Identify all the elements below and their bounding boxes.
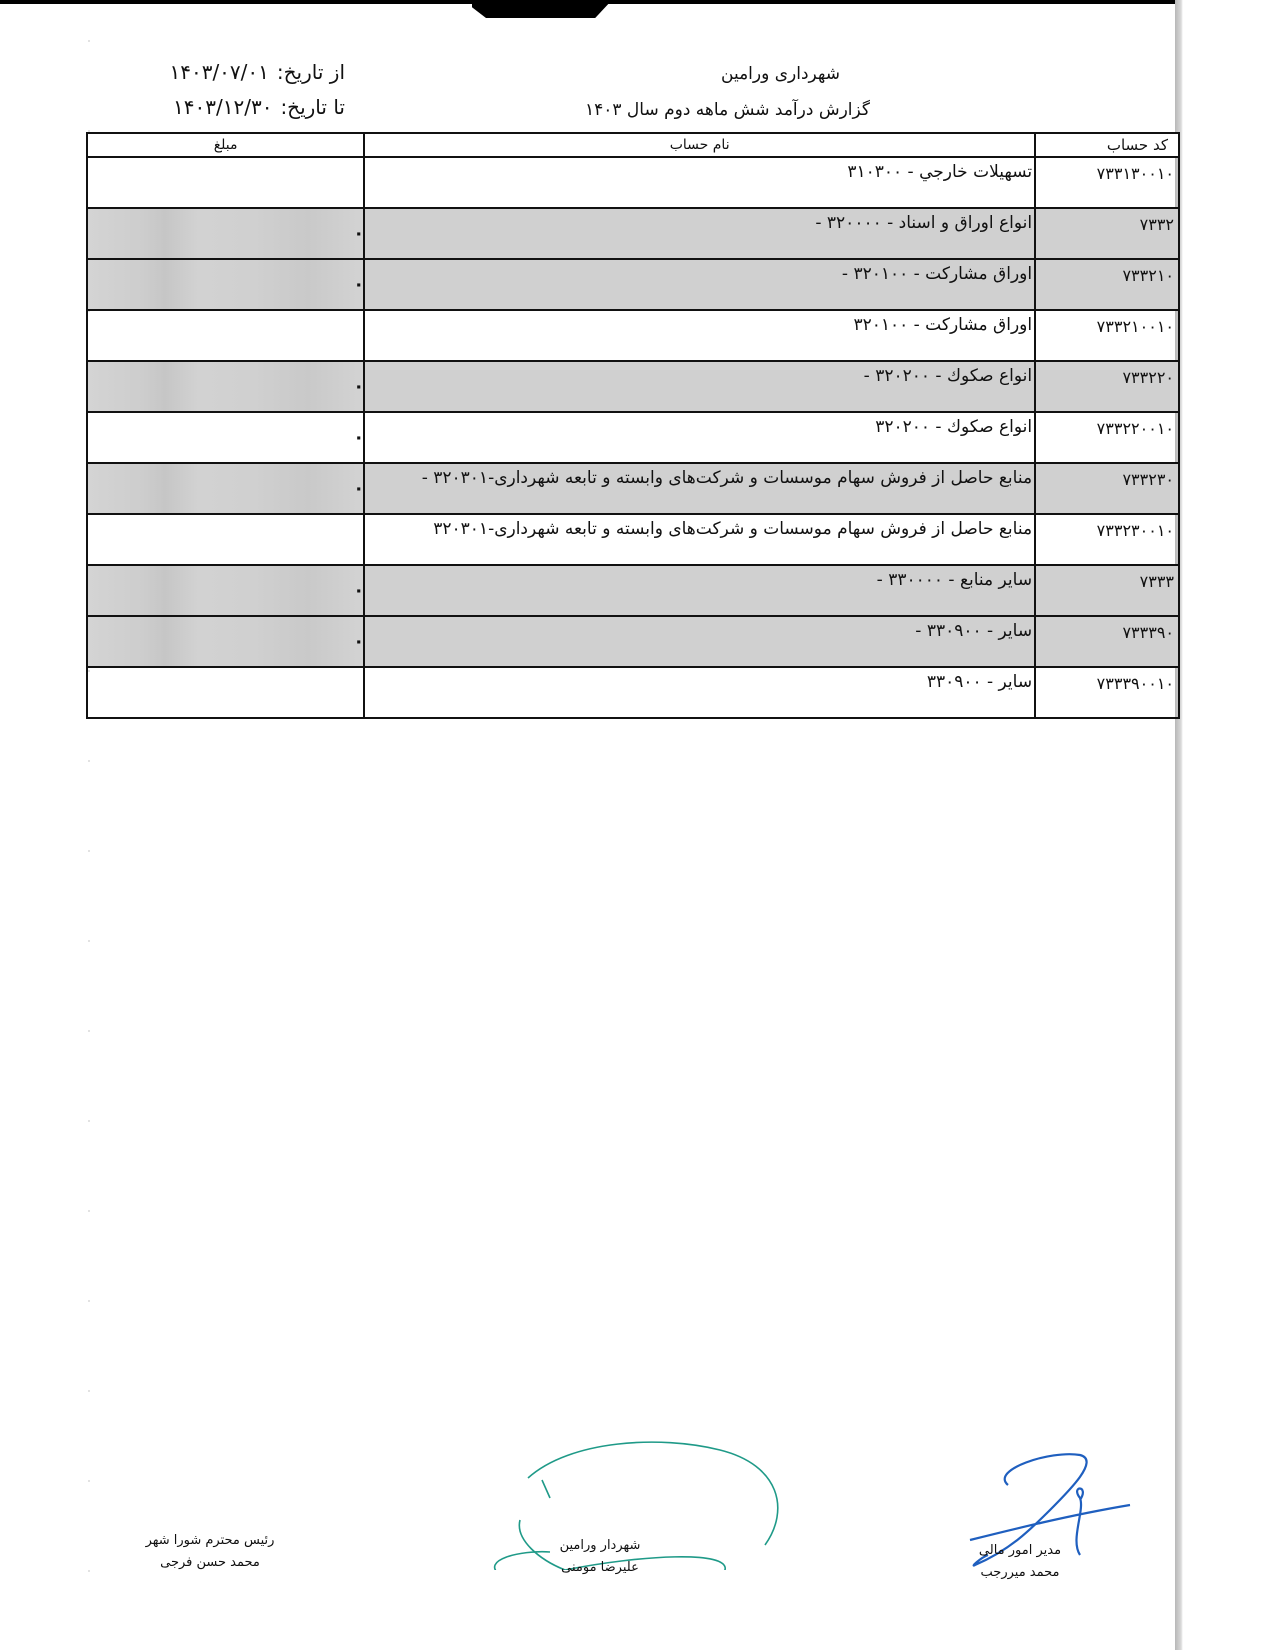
finance-manager-name: محمد ميررجب (940, 1562, 1100, 1584)
council-head-title: رئيس محترم شورا شهر (130, 1530, 290, 1552)
amount-cell: ۰ (87, 361, 364, 412)
finance-manager-title: مدير امور مالی (940, 1540, 1100, 1562)
account-code-cell-text: ۷۳۳۲ (1140, 215, 1174, 234)
report-title: گزارش درآمد شش ماهه دوم سال ۱۴۰۳ (585, 100, 870, 120)
account-code-cell: ۷۳۳۲۳۰۰۱۰ (1035, 514, 1179, 565)
amount-cell: ۰ (87, 463, 364, 514)
account-name-cell-text: منابع حاصل از فروش سهام موسسات و شرکت‌ها… (433, 519, 1032, 539)
amount-cell-text: ۰ (356, 580, 364, 601)
column-header-account-code: کد حساب (1035, 133, 1179, 157)
account-code-cell-text: ۷۳۳۳۹۰۰۱۰ (1097, 674, 1174, 693)
amount-cell-text: ۰ (356, 223, 364, 244)
signature-block-mayor: شهردار ورامين عليرضا مومنی (520, 1535, 680, 1579)
account-code-cell: ۷۳۳۳ (1035, 565, 1179, 616)
account-name-cell-text: تسهیلات خارجي - ۳۱۰۳۰۰ (847, 162, 1032, 182)
amount-cell-text: ۰ (356, 376, 364, 397)
amount-cell: ۰ (87, 616, 364, 667)
account-name-cell: انواع صكوك - ۳۲۰۲۰۰ (364, 412, 1035, 463)
account-code-cell: ۷۳۳۳۹۰ (1035, 616, 1179, 667)
from-date-value: ۱۴۰۳/۰۷/۰۱ (169, 60, 268, 84)
organization-title: شهرداری ورامین (721, 64, 840, 84)
to-date-label: تا تاریخ: (280, 95, 345, 119)
account-code-cell: ۷۳۳۲۳۰ (1035, 463, 1179, 514)
signature-block-council: رئيس محترم شورا شهر محمد حسن فرجی (130, 1530, 290, 1574)
account-name-cell: تسهیلات خارجي - ۳۱۰۳۰۰ (364, 157, 1035, 208)
signature-block-finance: مدير امور مالی محمد ميررجب (940, 1540, 1100, 1584)
mayor-name: عليرضا مومنی (520, 1557, 680, 1579)
account-code-cell-text: ۷۳۳۲۲۰ (1122, 368, 1174, 387)
account-code-cell-text: ۷۳۳۲۲۰۰۱۰ (1097, 419, 1174, 438)
amount-cell (87, 157, 364, 208)
table-row: ۷۳۳۲۱۰۰۱۰اوراق مشارکت - ۳۲۰۱۰۰ (87, 310, 1179, 361)
account-name-cell-text: اوراق مشارکت - ۳۲۰۱۰۰ (853, 315, 1032, 335)
account-code-cell: ۷۳۳۲۱۰۰۱۰ (1035, 310, 1179, 361)
amount-cell-text: ۰ (356, 478, 364, 499)
account-name-cell-text: منابع حاصل از فروش سهام موسسات و شرکت‌ها… (422, 468, 1032, 488)
account-name-cell: انواع صكوك - ۳۲۰۲۰۰ - (364, 361, 1035, 412)
account-code-cell-text: ۷۳۳۱۳۰۰۱۰ (1097, 164, 1174, 183)
from-date-label: از تاریخ: (277, 60, 345, 84)
table-row: ۷۳۳۳۹۰۰۱۰ساير - ۳۳۰۹۰۰ (87, 667, 1179, 718)
column-header-account-name: نام حساب (364, 133, 1035, 157)
table-row: ۷۳۳۲۲۰انواع صكوك - ۳۲۰۲۰۰ -۰ (87, 361, 1179, 412)
amount-cell-text: ۰ (356, 631, 364, 652)
amount-cell: ۰ (87, 565, 364, 616)
account-name-cell-text: انواع صكوك - ۳۲۰۲۰۰ - (864, 366, 1032, 386)
table-row: ۷۳۳۳ساير منابع - ۳۳۰۰۰۰ -۰ (87, 565, 1179, 616)
amount-cell (87, 310, 364, 361)
account-code-cell-text: ۷۳۳۲۳۰ (1122, 470, 1174, 489)
table-row: ۷۳۳۲۳۰منابع حاصل از فروش سهام موسسات و ش… (87, 463, 1179, 514)
account-name-cell: اوراق مشارکت - ۳۲۰۱۰۰ (364, 310, 1035, 361)
amount-cell (87, 667, 364, 718)
account-name-cell: منابع حاصل از فروش سهام موسسات و شرکت‌ها… (364, 463, 1035, 514)
table-row: ۷۳۳۲۱۰اوراق مشارکت - ۳۲۰۱۰۰ -۰ (87, 259, 1179, 310)
amount-cell (87, 514, 364, 565)
scan-artifact-blob (472, 0, 612, 18)
account-code-cell: ۷۳۳۳۹۰۰۱۰ (1035, 667, 1179, 718)
mayor-title: شهردار ورامين (520, 1535, 680, 1557)
account-code-cell-text: ۷۳۳۲۱۰ (1122, 266, 1174, 285)
account-code-cell: ۷۳۳۱۳۰۰۱۰ (1035, 157, 1179, 208)
revenue-table: کد حساب نام حساب مبلغ ۷۳۳۱۳۰۰۱۰تسهیلات خ… (86, 132, 1180, 719)
table-row: ۷۳۳۲انواع اوراق و اسناد - ۳۲۰۰۰۰ -۰ (87, 208, 1179, 259)
account-name-cell: منابع حاصل از فروش سهام موسسات و شرکت‌ها… (364, 514, 1035, 565)
account-code-cell: ۷۳۳۲ (1035, 208, 1179, 259)
table-header-row: کد حساب نام حساب مبلغ (87, 133, 1179, 157)
table-row: ۷۳۳۲۲۰۰۱۰انواع صكوك - ۳۲۰۲۰۰۰ (87, 412, 1179, 463)
account-code-cell-text: ۷۳۳۲۳۰۰۱۰ (1097, 521, 1174, 540)
account-name-cell: ساير منابع - ۳۳۰۰۰۰ - (364, 565, 1035, 616)
amount-cell: ۰ (87, 208, 364, 259)
from-date: از تاریخ:۱۴۰۳/۰۷/۰۱ (169, 60, 345, 84)
account-name-cell-text: انواع صكوك - ۳۲۰۲۰۰ (875, 417, 1032, 437)
account-name-cell: اوراق مشارکت - ۳۲۰۱۰۰ - (364, 259, 1035, 310)
amount-cell: ۰ (87, 412, 364, 463)
to-date-value: ۱۴۰۳/۱۲/۳۰ (173, 95, 272, 119)
account-code-cell: ۷۳۳۲۲۰ (1035, 361, 1179, 412)
account-name-cell-text: انواع اوراق و اسناد - ۳۲۰۰۰۰ - (815, 213, 1032, 233)
account-code-cell-text: ۷۳۳۳ (1140, 572, 1174, 591)
account-name-cell: ساير - ۳۳۰۹۰۰ - (364, 616, 1035, 667)
page-edge (1175, 0, 1275, 1650)
amount-cell: ۰ (87, 259, 364, 310)
to-date: تا تاریخ:۱۴۰۳/۱۲/۳۰ (173, 95, 345, 119)
amount-cell-text: ۰ (356, 427, 364, 448)
table-row: ۷۳۳۱۳۰۰۱۰تسهیلات خارجي - ۳۱۰۳۰۰ (87, 157, 1179, 208)
council-head-name: محمد حسن فرجی (130, 1552, 290, 1574)
column-header-amount: مبلغ (87, 133, 364, 157)
amount-cell-text: ۰ (356, 274, 364, 295)
account-code-cell: ۷۳۳۲۲۰۰۱۰ (1035, 412, 1179, 463)
account-name-cell: ساير - ۳۳۰۹۰۰ (364, 667, 1035, 718)
table-row: ۷۳۳۲۳۰۰۱۰منابع حاصل از فروش سهام موسسات … (87, 514, 1179, 565)
account-name-cell-text: ساير منابع - ۳۳۰۰۰۰ - (877, 570, 1032, 590)
table-row: ۷۳۳۳۹۰ساير - ۳۳۰۹۰۰ -۰ (87, 616, 1179, 667)
account-name-cell-text: اوراق مشارکت - ۳۲۰۱۰۰ - (842, 264, 1032, 284)
account-code-cell-text: ۷۳۳۳۹۰ (1122, 623, 1174, 642)
account-name-cell-text: ساير - ۳۳۰۹۰۰ (927, 672, 1032, 692)
account-code-cell: ۷۳۳۲۱۰ (1035, 259, 1179, 310)
account-name-cell: انواع اوراق و اسناد - ۳۲۰۰۰۰ - (364, 208, 1035, 259)
account-name-cell-text: ساير - ۳۳۰۹۰۰ - (915, 621, 1032, 641)
account-code-cell-text: ۷۳۳۲۱۰۰۱۰ (1097, 317, 1174, 336)
